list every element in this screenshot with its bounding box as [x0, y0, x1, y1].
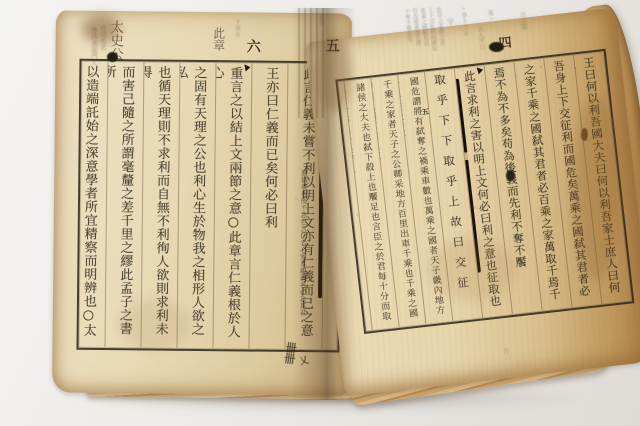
column-main-text: 王亦曰仁義而已矣何必曰利	[262, 67, 279, 229]
text-column: 重言之以結上文兩節之意○此章言仁義根於人心	[212, 63, 251, 348]
text-column: 而害己隨之所謂毫釐之差千里之繆此孟子之書所	[104, 62, 143, 347]
right-page: 王曰何以利吾國大夫曰何以利吾家士庶人曰何以利吾身上下交征利而國危矣萬乘之國弑其君…	[305, 7, 640, 396]
section-marker	[477, 67, 484, 75]
photo-of-open-classical-book: 則其下化之自親戴於上也此言仁義未嘗不利以明上文亦有仁義而已之意遺猶棄也後不急也言…	[0, 0, 640, 426]
column-side-gloss: 遺猶棄也後不急也言仁者必愛其親義者必急其君	[299, 169, 308, 316]
section-marker	[244, 64, 250, 71]
text-column: 之固有天理之公也利心生於物我之相形人欲之私	[176, 63, 215, 348]
column-main-text: 以造端託始之深意學者所宜精察而明辨也○太史	[79, 65, 98, 337]
text-column: 王亦曰仁義而已矣何必曰利	[248, 64, 287, 349]
text-column: 也循天理則不求利而自無不利徇人欲則求利未得	[140, 62, 179, 347]
text-column: 以造端託始之深意學者所宜精察而明辨也○太史	[79, 62, 107, 347]
column-main-text: 之固有天理之公也利心生於物我之相形人欲之私	[176, 66, 206, 336]
column-main-text: 重言之以結上文兩節之意○此章言仁義根於人心	[212, 66, 242, 338]
left-page-columns: 則其下化之自親戴於上也此言仁義未嘗不利以明上文亦有仁義而已之意遺猶棄也後不急也言…	[79, 62, 339, 350]
column-main-text: 也循天理則不求利而自無不利徇人欲則求利未得	[140, 65, 170, 335]
left-page-text-frame: 則其下化之自親戴於上也此言仁義未嘗不利以明上文亦有仁義而已之意遺猶棄也後不急也言…	[76, 59, 342, 353]
right-page-text-frame: 王曰何以利吾國大夫曰何以利吾家士庶人曰何以利吾身上下交征利而國危矣萬乘之國弑其君…	[335, 49, 634, 334]
column-main-text: 而害己隨之所謂毫釐之差千里之繆此孟子之書所	[104, 65, 134, 335]
right-page-columns: 王曰何以利吾國大夫曰何以利吾家士庶人曰何以利吾身上下交征利而國危矣萬乘之國弑其君…	[339, 52, 632, 331]
study-note-char: 守	[446, 18, 453, 25]
